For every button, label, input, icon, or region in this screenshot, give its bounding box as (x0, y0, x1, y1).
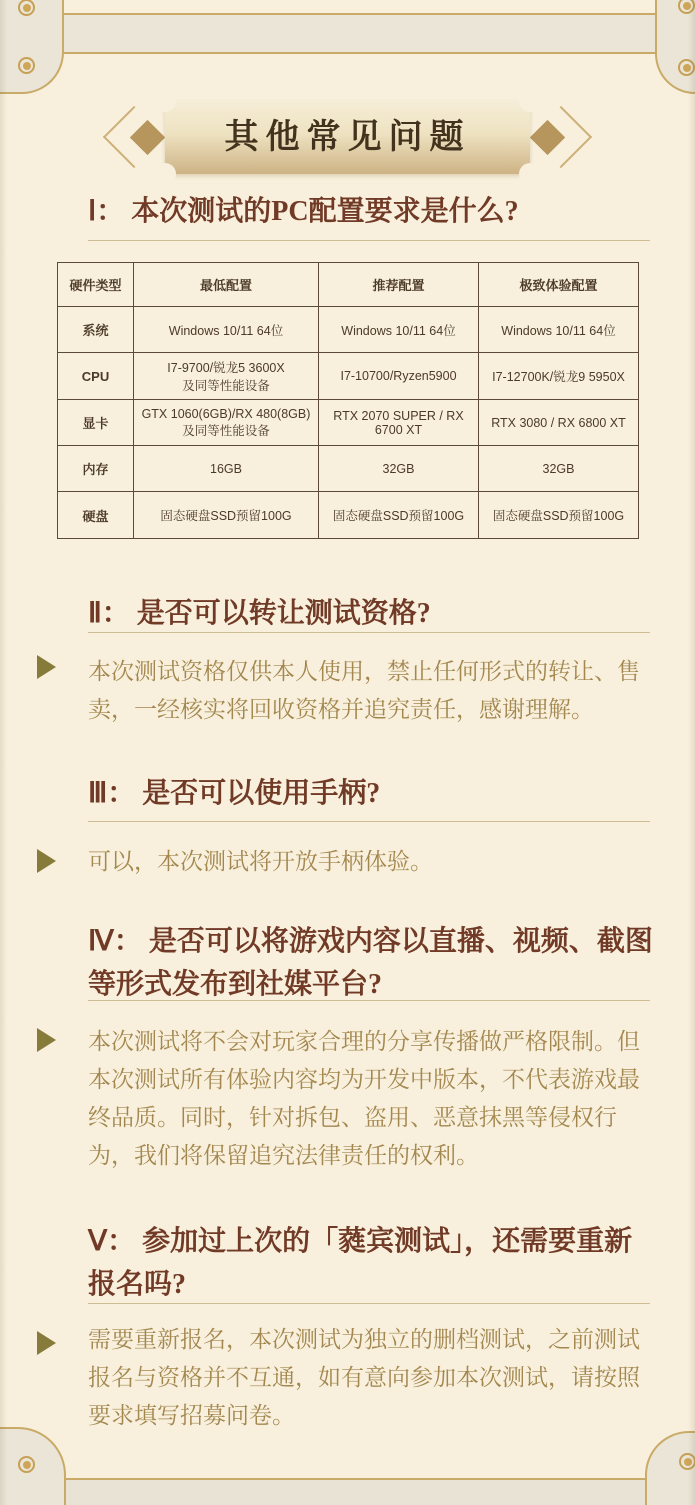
question-divider (88, 821, 650, 822)
table-row-label: 系统 (58, 307, 134, 353)
answer-arrow-icon (37, 1331, 56, 1355)
question-divider (88, 1000, 650, 1001)
table-cell: 固态硬盘SSD预留100G (319, 492, 479, 539)
table-header-cell: 推荐配置 (319, 263, 479, 307)
faq-question-5: Ⅴ： 参加过上次的「蕤宾测试」，还需要重新报名吗? (88, 1220, 660, 1306)
answer-arrow-icon (37, 1028, 56, 1052)
table-header-cell: 极致体验配置 (479, 263, 639, 307)
stud-ring-icon (18, 57, 35, 74)
table-cell: 固态硬盘SSD预留100G (479, 492, 639, 539)
table-header-row: 硬件类型 最低配置 推荐配置 极致体验配置 (58, 263, 639, 307)
top-border-band (0, 13, 695, 54)
table-row: 系统 Windows 10/11 64位 Windows 10/11 64位 W… (58, 307, 639, 353)
table-row-label: CPU (58, 353, 134, 400)
table-header-cell: 硬件类型 (58, 263, 134, 307)
table-row-label: 内存 (58, 446, 134, 492)
bottom-border-band (0, 1478, 695, 1505)
corner-ornament-top-left (0, 0, 64, 94)
banner-scallop (154, 90, 176, 112)
table-cell: 固态硬盘SSD预留100G (134, 492, 319, 539)
table-cell: I7-10700/Ryzen5900 (319, 353, 479, 400)
question-divider (88, 240, 650, 241)
table-cell: Windows 10/11 64位 (479, 307, 639, 353)
corner-ornament-top-right (655, 0, 695, 94)
table-cell: RTX 3080 / RX 6800 XT (479, 400, 639, 446)
banner-scallop (154, 163, 176, 185)
faq-question-3: Ⅲ： 是否可以使用手柄? (88, 772, 660, 815)
table-row-label: 显卡 (58, 400, 134, 446)
table-row: 内存 16GB 32GB 32GB (58, 446, 639, 492)
table-row-label: 硬盘 (58, 492, 134, 539)
table-cell: I7-9700/锐龙5 3600X 及同等性能设备 (134, 353, 319, 400)
answer-arrow-icon (37, 849, 56, 873)
banner-scallop (519, 90, 541, 112)
question-divider (88, 632, 650, 633)
page-edge-shadow (0, 0, 7, 1505)
faq-answer-4: 本次测试将不会对玩家合理的分享传播做严格限制。但本次测试所有体验内容均为开发中版… (88, 1022, 650, 1174)
banner-scallop (519, 163, 541, 185)
table-cell: I7-12700K/锐龙9 5950X (479, 353, 639, 400)
table-cell: 32GB (319, 446, 479, 492)
section-title: 其他常见问题 (0, 118, 695, 158)
stud-ring-icon (679, 1453, 695, 1470)
faq-page: 其他常见问题 Ⅰ： 本次测试的PC配置要求是什么? 硬件类型 最低配置 推荐配置… (0, 0, 695, 1505)
answer-arrow-icon (37, 655, 56, 679)
table-row: 硬盘 固态硬盘SSD预留100G 固态硬盘SSD预留100G 固态硬盘SSD预留… (58, 492, 639, 539)
section-banner: 其他常见问题 (0, 95, 695, 180)
faq-answer-2: 本次测试资格仅供本人使用，禁止任何形式的转让、售卖，一经核实将回收资格并追究责任… (88, 652, 650, 728)
page-edge-shadow (688, 0, 695, 1505)
table-row: 显卡 GTX 1060(6GB)/RX 480(8GB) 及同等性能设备 RTX… (58, 400, 639, 446)
pc-spec-table: 硬件类型 最低配置 推荐配置 极致体验配置 系统 Windows 10/11 6… (57, 262, 639, 539)
faq-question-1: Ⅰ： 本次测试的PC配置要求是什么? (88, 190, 660, 233)
faq-answer-5: 需要重新报名，本次测试为独立的删档测试，之前测试报名与资格并不互通，如有意向参加… (88, 1320, 650, 1434)
table-cell: 32GB (479, 446, 639, 492)
table-cell: 16GB (134, 446, 319, 492)
table-cell: GTX 1060(6GB)/RX 480(8GB) 及同等性能设备 (134, 400, 319, 446)
table-cell: RTX 2070 SUPER / RX 6700 XT (319, 400, 479, 446)
table-cell: Windows 10/11 64位 (134, 307, 319, 353)
table-cell: Windows 10/11 64位 (319, 307, 479, 353)
faq-question-2: Ⅱ： 是否可以转让测试资格? (88, 592, 660, 635)
faq-answer-3: 可以，本次测试将开放手柄体验。 (88, 842, 650, 880)
table-header-cell: 最低配置 (134, 263, 319, 307)
stud-ring-icon (678, 59, 695, 76)
table-row: CPU I7-9700/锐龙5 3600X 及同等性能设备 I7-10700/R… (58, 353, 639, 400)
faq-question-4: Ⅳ： 是否可以将游戏内容以直播、视频、截图等形式发布到社媒平台? (88, 920, 660, 1006)
stud-ring-icon (18, 1456, 35, 1473)
question-divider (88, 1303, 650, 1304)
